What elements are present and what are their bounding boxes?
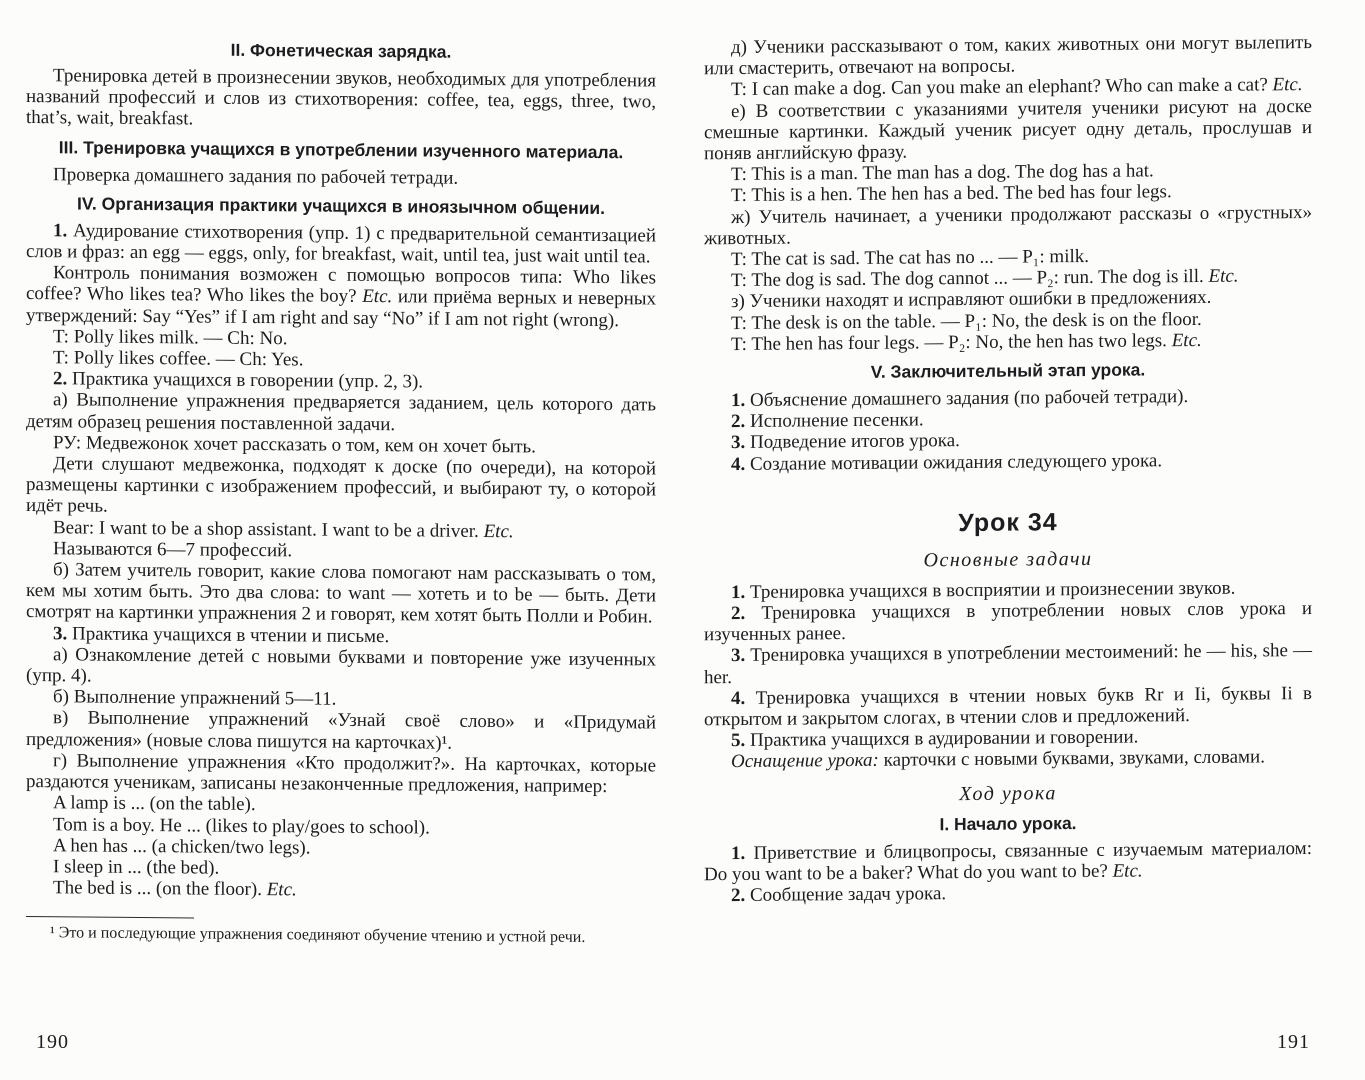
page-left-text-column: II. Фонетическая зарядка.Тренировка дете…	[26, 38, 656, 948]
paragraph: ж) Учитель начинает, а ученики продолжаю…	[704, 202, 1312, 250]
page-right-text-column: д) Ученики рассказывают о том, каких жив…	[704, 32, 1312, 907]
section-heading: IV. Организация практики учащихся в иноя…	[26, 193, 656, 218]
footnote: ¹ Это и последующие упражнения соединяют…	[26, 916, 656, 948]
paragraph: Контроль понимания возможен с помощью во…	[26, 262, 656, 331]
paragraph: Оснащение урока: карточки с новыми буква…	[704, 746, 1312, 773]
subsection-heading: Ход урока	[704, 780, 1312, 807]
paragraph: T: The hen has four legs. — P₂: No, the …	[704, 329, 1312, 356]
paragraph: е) В соответствии с указаниями учителя у…	[704, 96, 1312, 165]
paragraph: в) Выполнение упражнений «Узнай своё сло…	[26, 707, 656, 755]
paragraph: 2. Сообщение задач урока.	[704, 880, 1312, 907]
paragraph: Тренировка детей в произнесении звуков, …	[26, 65, 656, 134]
page-191: д) Ученики рассказывают о том, каких жив…	[682, 0, 1364, 1080]
page-number-left: 190	[36, 1031, 69, 1054]
paragraph: Дети слушают медвежонка, подходят к доск…	[26, 453, 656, 522]
paragraph: Проверка домашнего задания по рабочей те…	[26, 164, 656, 191]
paragraph: 2. Тренировка учащихся в употреблении но…	[704, 598, 1312, 646]
section-heading: I. Начало урока.	[704, 811, 1312, 836]
section-heading: III. Тренировка учащихся в употреблении …	[26, 137, 656, 162]
page-190: II. Фонетическая зарядка.Тренировка дете…	[0, 0, 682, 1080]
paragraph: а) Выполнение упражнения предваряется за…	[26, 389, 656, 437]
page-number-right: 191	[1277, 1031, 1310, 1054]
paragraph: 4. Создание мотивации ожидания следующег…	[704, 449, 1312, 476]
paragraph: 3. Тренировка учащихся в употреблении ме…	[704, 640, 1312, 688]
paragraph: б) Затем учитель говорит, какие слова по…	[26, 559, 656, 628]
paragraph: г) Выполнение упражнения «Кто продолжит?…	[26, 750, 656, 798]
section-heading: II. Фонетическая зарядка.	[26, 38, 656, 63]
paragraph: The bed is ... (on the floor). Etc.	[26, 877, 656, 904]
paragraph: а) Ознакомление детей с новыми буквами и…	[26, 644, 656, 692]
paragraph: 4. Тренировка учащихся в чтении новых бу…	[704, 683, 1312, 731]
section-heading: V. Заключительный этап урока.	[704, 358, 1312, 383]
paragraph: д) Ученики рассказывают о том, каких жив…	[704, 32, 1312, 80]
paragraph: 1. Аудирование стихотворения (упр. 1) с …	[26, 220, 656, 268]
subsection-heading: Основные задачи	[704, 546, 1312, 573]
lesson-title: Урок 34	[704, 506, 1312, 539]
paragraph: 1. Приветствие и блицвопросы, связанные …	[704, 838, 1312, 886]
book-spread: II. Фонетическая зарядка.Тренировка дете…	[0, 0, 1365, 1080]
